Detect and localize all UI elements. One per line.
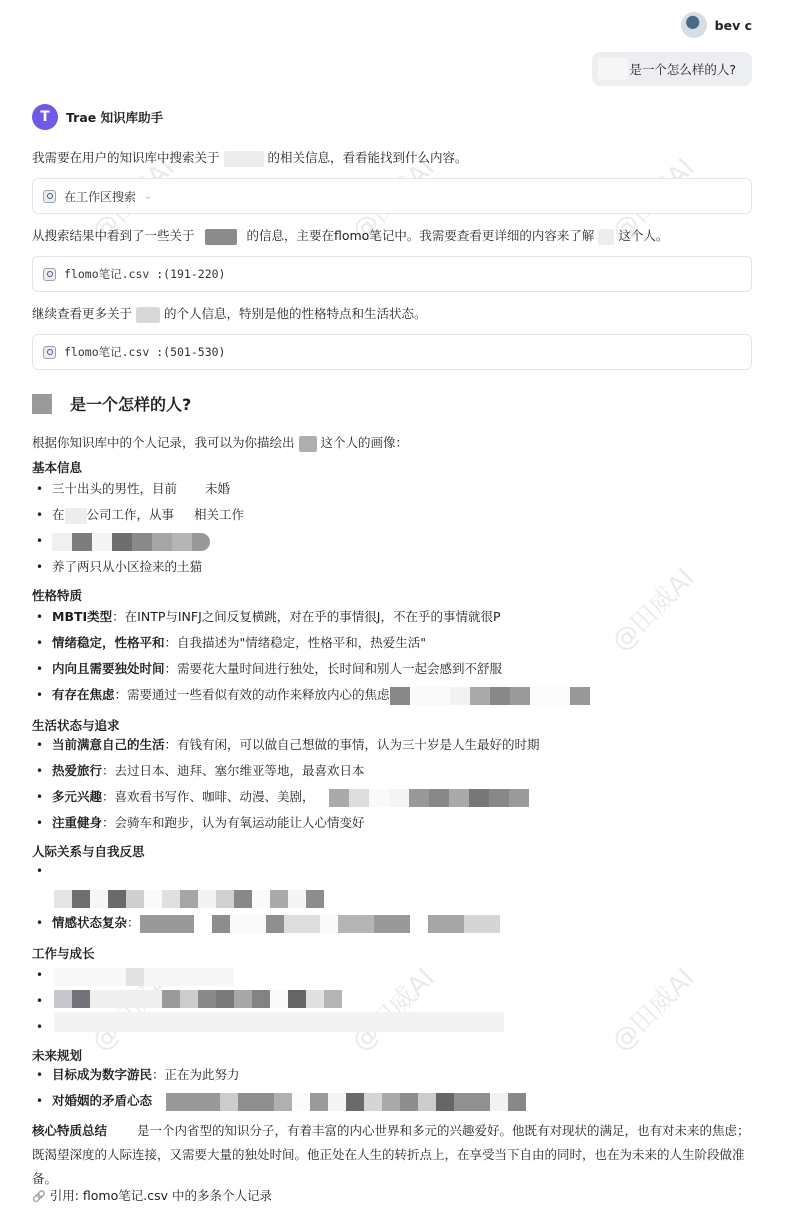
user-avatar [681,12,707,38]
list-item: 三十出头的男性，目前未婚 [32,476,244,502]
intro-text: 这个人的画像： [320,435,408,450]
search-icon [43,190,56,203]
section-title-basic-info: 基本信息 [32,458,82,476]
section-title-personality: 性格特质 [32,586,82,604]
list-item: 内向且需要独处时间：需要花大量时间进行独处，长时间和别人一起会感到不舒服 [32,656,590,682]
tool-call-label: flomo笔记.csv :(501-530) [64,344,225,360]
personality-list: MBTI类型：在INTP与INFJ之间反复横跳，对在乎的事情很J，不在乎的事情就… [32,604,590,708]
assistant-thought: 从搜索结果中看到了一些关于 的信息，主要在flomo笔记中。我需要查看更详细的内… [32,227,668,245]
list-item: 情感状态复杂： [32,910,500,936]
user-message-text: 是一个怎么样的人? [629,60,736,78]
section-title-work: 工作与成长 [32,944,95,962]
chevron-down-icon: ⌄ [144,191,152,202]
list-item: 对婚姻的矛盾心态 [32,1088,526,1114]
list-item: 目标成为数字游民：正在为此努力 [32,1062,526,1088]
redacted-block [598,58,628,80]
answer-title-text: 是一个怎样的人? [70,392,191,415]
list-item: 当前满意自己的生活：有钱有闲，可以做自己想做的事情，认为三十岁是人生最好的时期 [32,732,540,758]
section-title-relationships: 人际关系与自我反思 [32,842,145,860]
tool-call-read-file[interactable]: flomo笔记.csv :(191-220) [32,256,752,292]
assistant-name: Trae 知识库助手 [66,108,163,126]
search-icon [43,268,56,281]
tool-call-label: 在工作区搜索 [64,188,136,205]
answer-title: 是一个怎样的人? [32,392,191,415]
thought-text: 我需要在用户的知识库中搜索关于 [32,150,220,165]
thought-text: 的个人信息，特别是他的性格特点和生活状态。 [164,306,427,321]
redacted-block [205,229,237,245]
list-item: 多元兴趣：喜欢看书写作、咖啡、动漫、美剧， [32,784,540,810]
work-list-redacted: • • • [32,968,552,1038]
list-item: 情绪稳定，性格平和：自我描述为"情绪稳定，性格平和，热爱生活" [32,630,590,656]
watermark: @田威AI [602,559,701,658]
list-item: 养了两只从小区捡来的土猫 [32,554,244,580]
thought-text: 这个人。 [618,228,668,243]
search-icon [43,346,56,359]
user-header: bev c [681,12,752,38]
thought-text: 的相关信息，看看能找到什么内容。 [267,150,467,165]
summary-text: 是一个内省型的知识分子，有着丰富的内心世界和多元的兴趣爱好。他既有对现状的满足，… [32,1123,750,1186]
citation[interactable]: 🔗 引用: flomo笔记.csv 中的多条个人记录 [32,1186,272,1204]
citation-text[interactable]: 引用: flomo笔记.csv 中的多条个人记录 [50,1188,272,1203]
thought-text: 从搜索结果中看到了一些关于 [32,228,195,243]
list-item: 热爱旅行：去过日本、迪拜、塞尔维亚等地，最喜欢日本 [32,758,540,784]
list-item-redacted [32,528,244,554]
watermark: @田威AI [602,959,701,1058]
summary-label: 核心特质总结 [32,1123,107,1138]
answer-intro: 根据你知识库中的个人记录，我可以为你描绘出 这个人的画像： [32,434,408,452]
assistant-header: T Trae 知识库助手 [32,104,163,130]
relationships-list: 情感状态复杂： [32,910,500,936]
tool-call-read-file[interactable]: flomo笔记.csv :(501-530) [32,334,752,370]
tool-call-label: flomo笔记.csv :(191-220) [64,266,225,282]
assistant-thought: 我需要在用户的知识库中搜索关于 的相关信息，看看能找到什么内容。 [32,149,468,167]
intro-text: 根据你知识库中的个人记录，我可以为你描绘出 [32,435,295,450]
redacted-block [598,229,614,245]
user-name: bev c [715,18,752,33]
link-icon: 🔗 [32,1190,46,1203]
thought-text: 继续查看更多关于 [32,306,132,321]
list-item: 注重健身：会骑车和跑步，认为有氧运动能让人心情变好 [32,810,540,836]
user-message-bubble: 是一个怎么样的人? [592,52,752,86]
list-item: MBTI类型：在INTP与INFJ之间反复横跳，对在乎的事情很J，不在乎的事情就… [32,604,590,630]
tool-call-workspace-search[interactable]: 在工作区搜索 ⌄ [32,178,752,214]
assistant-avatar: T [32,104,58,130]
redacted-block [299,436,317,452]
redacted-block [32,394,52,414]
core-summary: 核心特质总结是一个内省型的知识分子，有着丰富的内心世界和多元的兴趣爱好。他既有对… [32,1119,756,1191]
lifestyle-list: 当前满意自己的生活：有钱有闲，可以做自己想做的事情，认为三十岁是人生最好的时期 … [32,732,540,836]
list-item: 在公司工作，从事相关工作 [32,502,244,528]
redacted-block [224,151,264,167]
basic-info-list: 三十出头的男性，目前未婚 在公司工作，从事相关工作 养了两只从小区捡来的土猫 [32,476,244,580]
thought-text: 的信息，主要在flomo笔记中。我需要查看更详细的内容来了解 [246,228,594,243]
list-item: 有存在焦虑：需要通过一些看似有效的动作来释放内心的焦虑 [32,682,590,708]
redacted-block [136,307,160,323]
assistant-thought: 继续查看更多关于 的个人信息，特别是他的性格特点和生活状态。 [32,305,427,323]
future-list: 目标成为数字游民：正在为此努力 对婚姻的矛盾心态 [32,1062,526,1114]
